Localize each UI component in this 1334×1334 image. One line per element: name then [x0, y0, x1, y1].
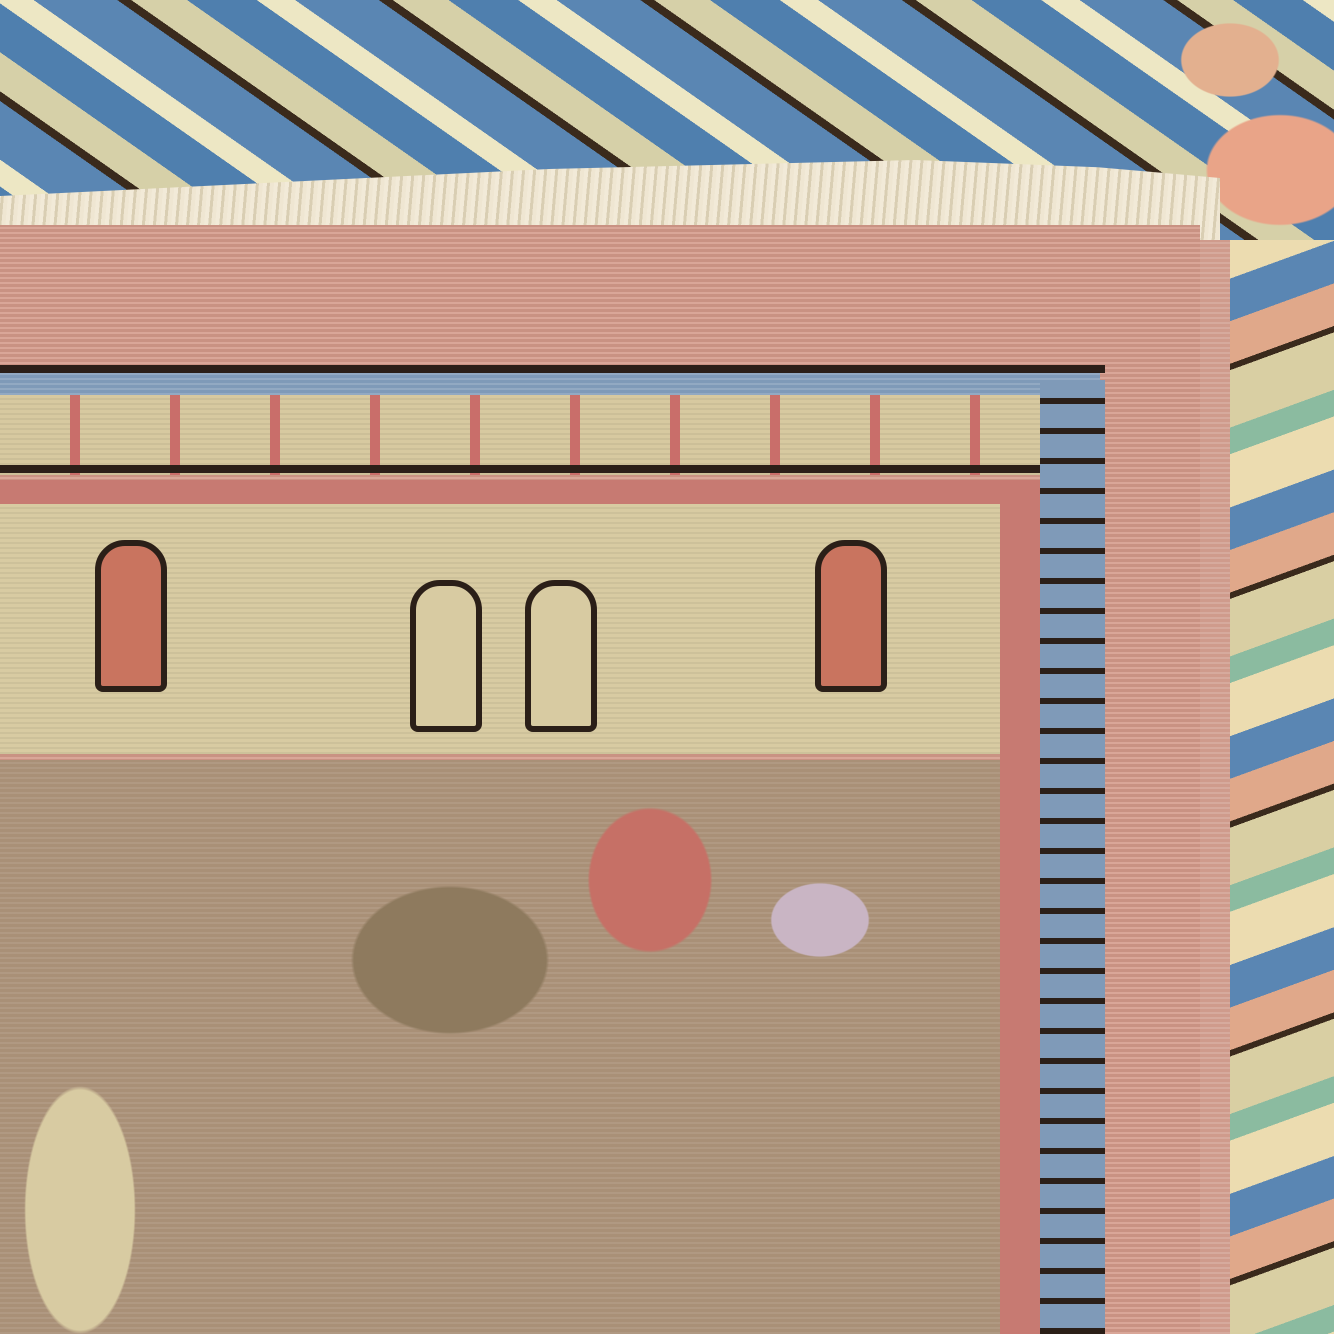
central-field [0, 760, 1000, 1334]
outer-dark-line [0, 365, 1105, 373]
red-stripe [0, 480, 1060, 504]
wave-border [0, 395, 1090, 475]
flower-motif [815, 540, 887, 692]
inner-red-border [1000, 500, 1040, 1334]
rug-photo [0, 0, 1334, 1334]
right-blue-border [1040, 380, 1105, 1334]
flower-motif [525, 580, 597, 732]
flower-motif [410, 580, 482, 732]
outer-blue-band [0, 373, 1100, 395]
flower-motif [95, 540, 167, 692]
wave-border-line [0, 465, 1090, 473]
